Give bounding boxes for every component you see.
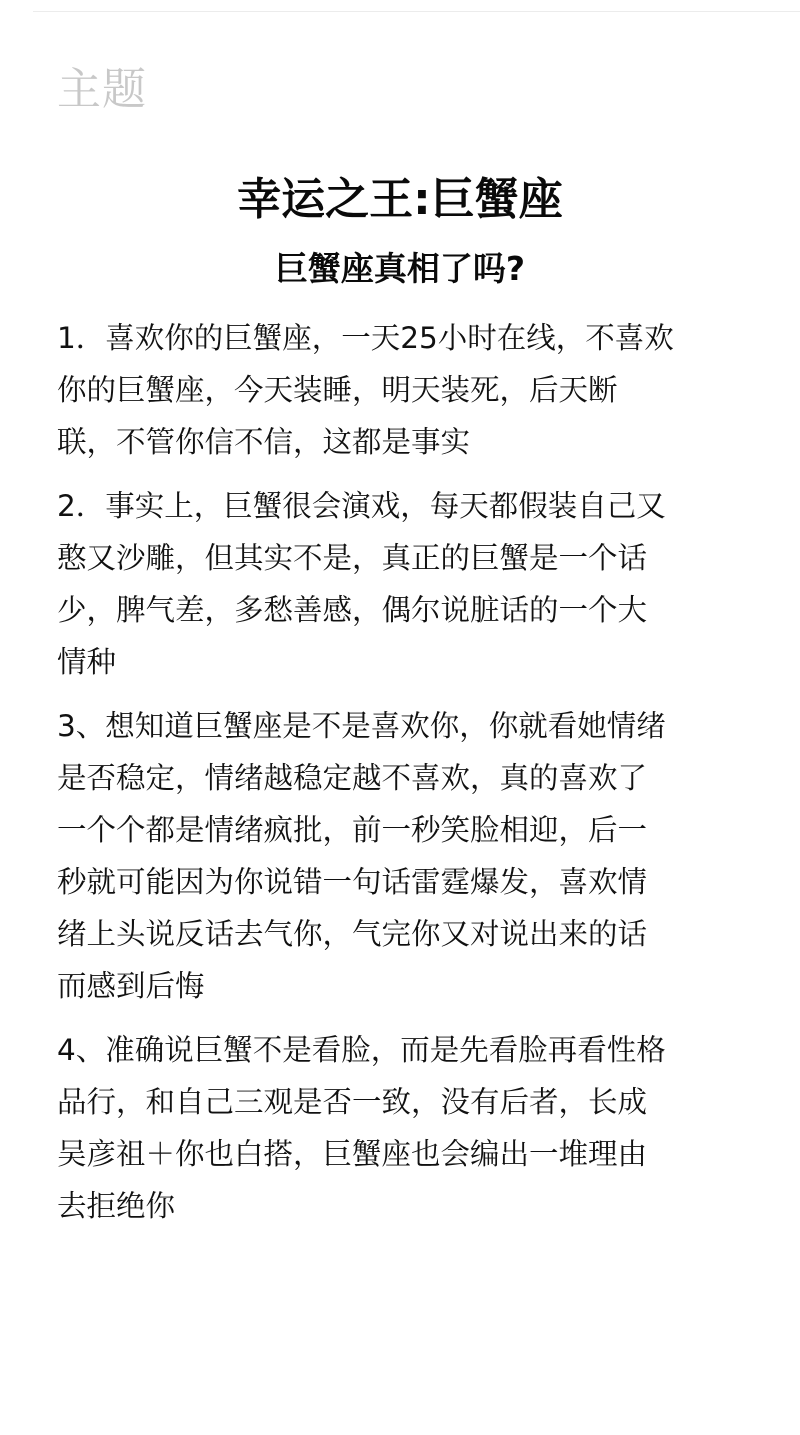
subject-label: 主题 [57, 62, 147, 118]
paragraph-3: 3、想知道巨蟹座是不是喜欢你，你就看她情绪 是否稳定，情绪越稳定越不喜欢，真的喜… [57, 700, 757, 1012]
paragraph-line: 秒就可能因为你说错一句话雷霆爆发，喜欢情 [57, 856, 757, 908]
paragraph-line: 2．事实上，巨蟹很会演戏，每天都假装自己又 [57, 480, 757, 532]
article-subtitle: 巨蟹座真相了吗? [0, 244, 800, 294]
paragraph-2: 2．事实上，巨蟹很会演戏，每天都假装自己又 憨又沙雕，但其实不是，真正的巨蟹是一… [57, 480, 757, 688]
paragraph-1: 1．喜欢你的巨蟹座，一天25小时在线，不喜欢 你的巨蟹座，今天装睡，明天装死，后… [57, 312, 757, 468]
paragraph-line: 你的巨蟹座，今天装睡，明天装死，后天断 [57, 364, 757, 416]
article-title: 幸运之王:巨蟹座 [0, 170, 800, 230]
paragraph-line: 绪上头说反话去气你，气完你又对说出来的话 [57, 908, 757, 960]
paragraph-line: 少，脾气差，多愁善感，偶尔说脏话的一个大 [57, 584, 757, 636]
paragraph-line: 一个个都是情绪疯批，前一秒笑脸相迎，后一 [57, 804, 757, 856]
paragraph-line: 联，不管你信不信，这都是事实 [57, 416, 757, 468]
paragraph-line: 是否稳定，情绪越稳定越不喜欢，真的喜欢了 [57, 752, 757, 804]
paragraph-line: 去拒绝你 [57, 1180, 757, 1232]
paragraph-line: 憨又沙雕，但其实不是，真正的巨蟹是一个话 [57, 532, 757, 584]
paragraph-4: 4、准确说巨蟹不是看脸，而是先看脸再看性格 品行，和自己三观是否一致，没有后者，… [57, 1024, 757, 1232]
paragraph-line: 情种 [57, 636, 757, 688]
paragraph-line: 而感到后悔 [57, 960, 757, 1012]
paragraph-line: 1．喜欢你的巨蟹座，一天25小时在线，不喜欢 [57, 312, 757, 364]
paragraph-line: 3、想知道巨蟹座是不是喜欢你，你就看她情绪 [57, 700, 757, 752]
paragraph-line: 吴彦祖＋你也白搭，巨蟹座也会编出一堆理由 [57, 1128, 757, 1180]
top-divider [33, 11, 800, 12]
article-body: 1．喜欢你的巨蟹座，一天25小时在线，不喜欢 你的巨蟹座，今天装睡，明天装死，后… [57, 312, 757, 1232]
paragraph-line: 品行，和自己三观是否一致，没有后者，长成 [57, 1076, 757, 1128]
paragraph-line: 4、准确说巨蟹不是看脸，而是先看脸再看性格 [57, 1024, 757, 1076]
